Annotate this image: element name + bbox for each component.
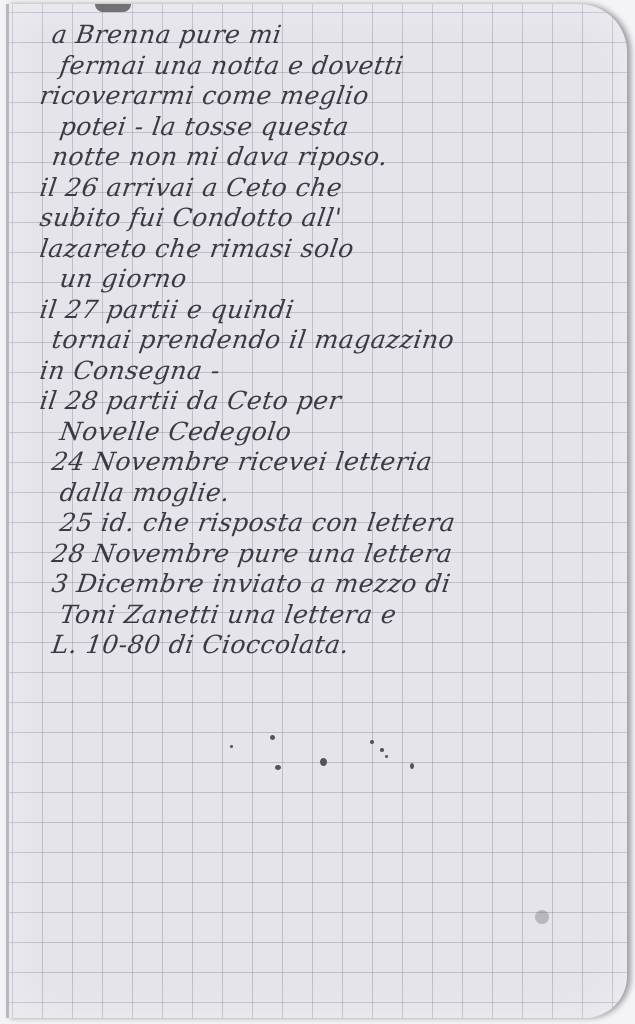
text-line: ricoverarmi come meglio [38, 81, 602, 112]
text-line: il 28 partii da Ceto per [38, 386, 602, 417]
text-line: 28 Novembre pure una lettera [38, 539, 602, 570]
text-line: fermai una notta e dovetti [38, 51, 602, 82]
text-line: il 26 arrivai a Ceto che [38, 173, 602, 204]
text-line: 24 Novembre ricevei letteria [38, 447, 602, 478]
text-line: notte non mi dava riposo. [38, 142, 602, 173]
text-line: lazareto che rimasi solo [38, 234, 602, 265]
text-line: Novelle Cedegolo [38, 417, 602, 448]
text-line: dalla moglie. [38, 478, 602, 509]
ink-specks [230, 730, 430, 770]
text-line: a Brenna pure mi [38, 20, 602, 51]
handwritten-text: a Brenna pure mi fermai una notta e dove… [40, 20, 600, 661]
text-line: tornai prendendo il magazzino [38, 325, 602, 356]
text-line: subito fui Condotto all' [38, 203, 602, 234]
text-line: un giorno [38, 264, 602, 295]
text-line: 3 Dicembre inviato a mezzo di [38, 569, 602, 600]
text-line: L. 10-80 di Cioccolata. [38, 630, 602, 661]
paper-stain [535, 910, 549, 924]
ink-smudge [95, 4, 131, 12]
text-line: potei - la tosse questa [38, 112, 602, 143]
text-line: in Consegna - [38, 356, 602, 387]
text-line: Toni Zanetti una lettera e [38, 600, 602, 631]
scanned-document: a Brenna pure mi fermai una notta e dove… [0, 0, 635, 1024]
text-line: 25 id. che risposta con lettera [38, 508, 602, 539]
text-line: il 27 partii e quindi [38, 295, 602, 326]
